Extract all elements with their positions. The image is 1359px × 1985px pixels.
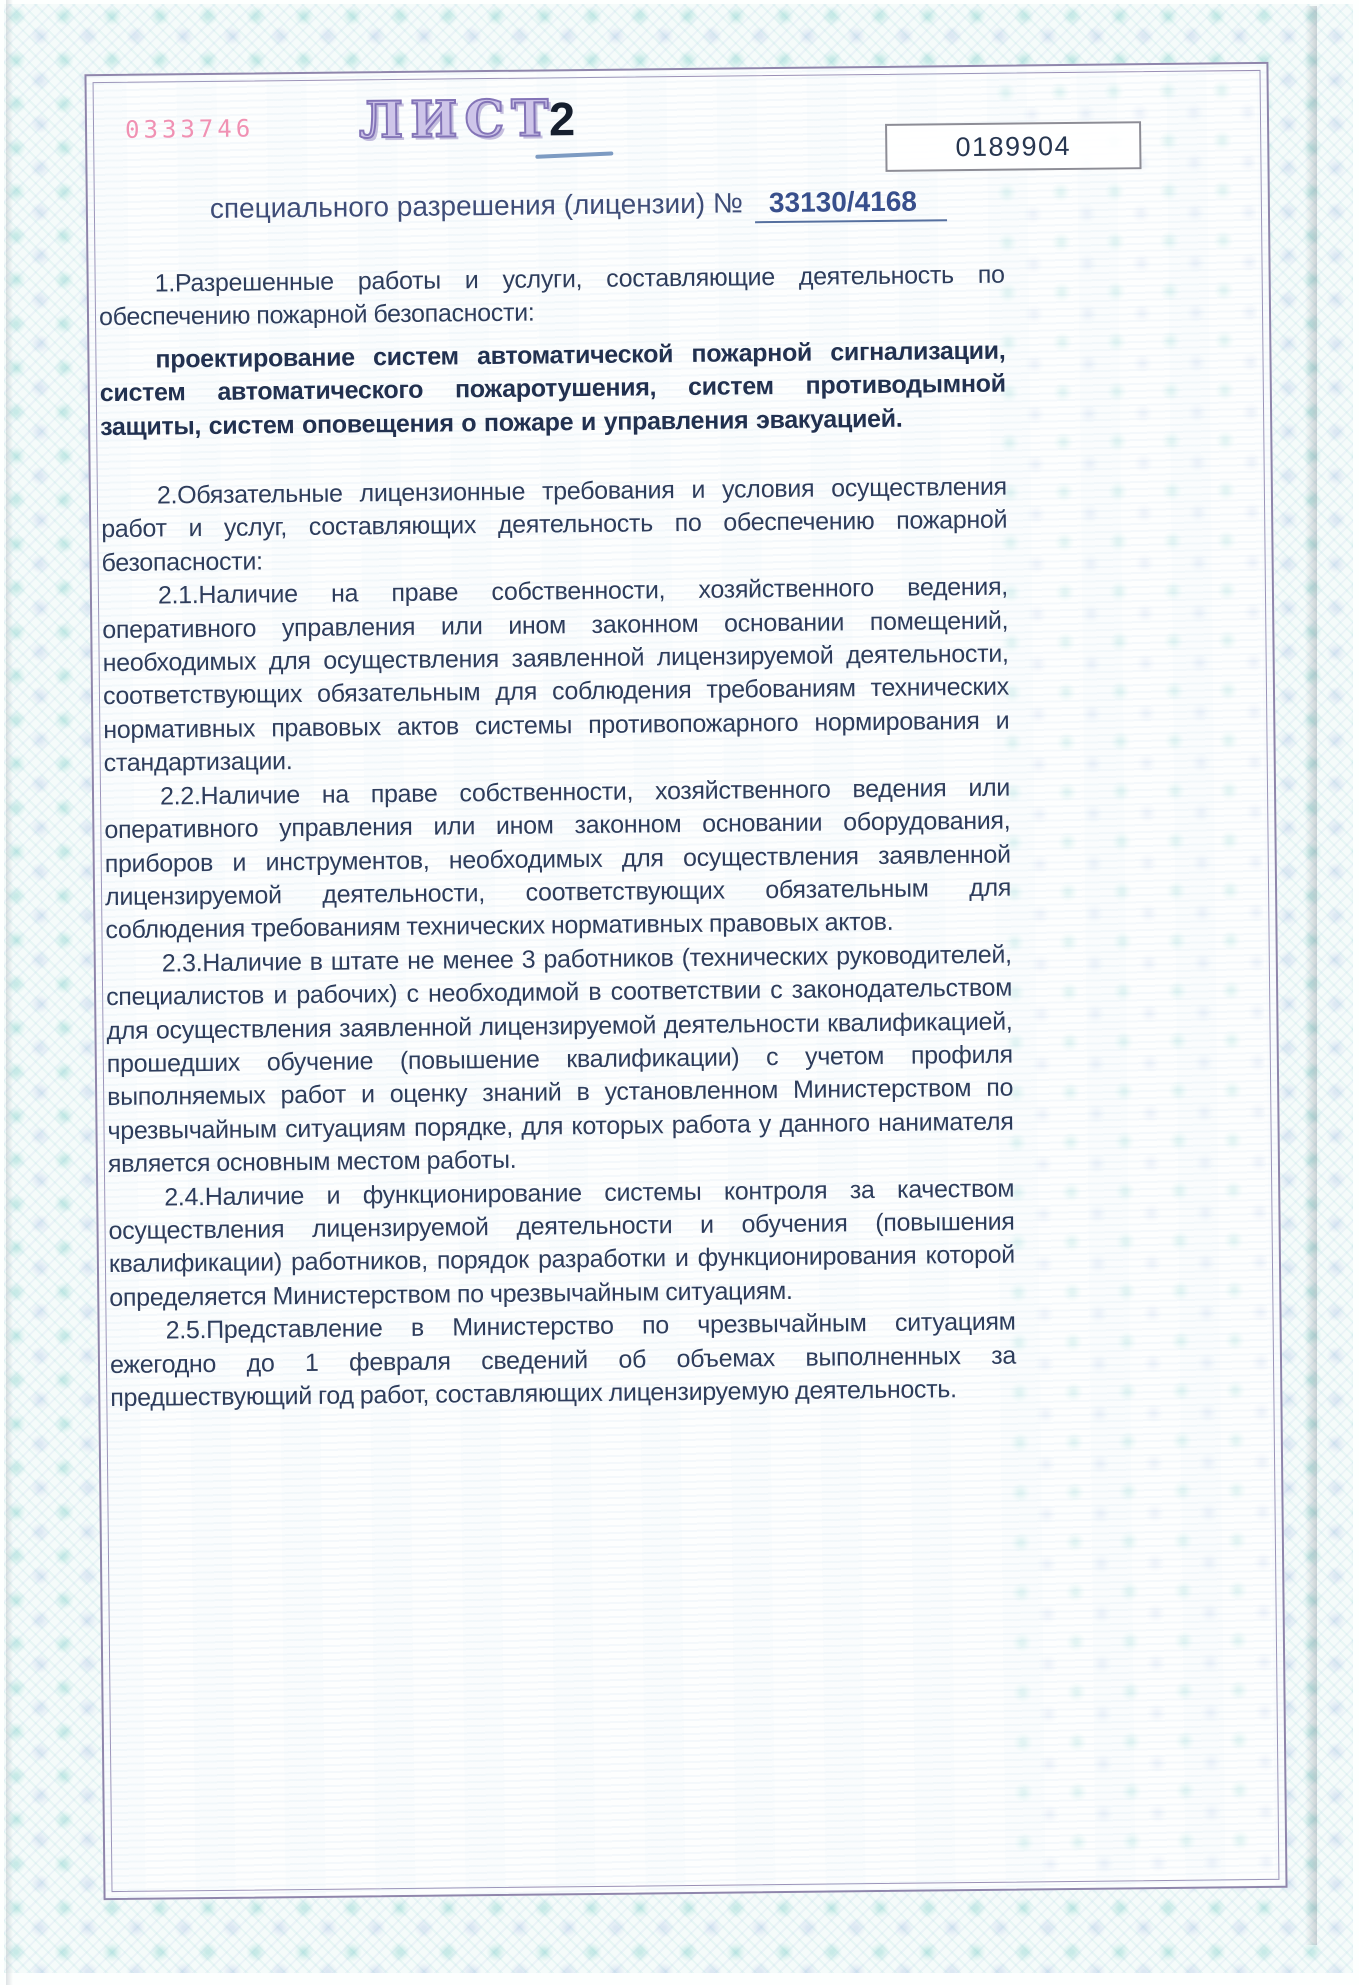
paragraph-2-3-staff: 2.3.Наличие в штате не менее 3 работнико…: [106, 938, 1014, 1181]
paragraph-1-works-list: проектирование систем автоматической пож…: [99, 334, 1006, 444]
paper-edge-shadow-right: [1305, 6, 1317, 1945]
scanned-license-sheet: { "document": { "stamp_number": "0333746…: [0, 0, 1359, 1985]
paragraph-2-1-premises: 2.1.Наличие на праве собственности, хозя…: [102, 571, 1010, 781]
subtitle-prefix: специального разрешения (лицензии) №: [210, 187, 743, 224]
license-page: 0333746 ЛИСТ 2 0189904 специального разр…: [84, 62, 1287, 1900]
page-header: 0333746 ЛИСТ 2 0189904 специального разр…: [96, 67, 1004, 268]
sheet-number-underline: [535, 151, 613, 159]
paragraph-2-license-requirements: 2.Обязательные лицензионные требования и…: [101, 471, 1008, 581]
paragraph-1-permitted-works: 1.Разрешенные работы и услуги, составляю…: [99, 259, 1006, 335]
sheet-title-word: ЛИСТ: [359, 93, 556, 145]
paper-edge-shadow-left: [6, 0, 13, 1985]
stamp-serial-number: 0333746: [125, 114, 254, 143]
document-body: 1.Разрешенные работы и услуги, составляю…: [99, 259, 1017, 1416]
paragraph-2-4-quality-control: 2.4.Наличие и функционирование системы к…: [108, 1172, 1015, 1315]
form-number-box: 0189904: [885, 121, 1141, 172]
paragraph-2-5-annual-report: 2.5.Представление в Министерство по чрез…: [109, 1306, 1016, 1416]
license-number: 33130/4168: [755, 185, 947, 223]
subtitle-line: специального разрешения (лицензии) №3313…: [210, 185, 947, 229]
page-content: 0333746 ЛИСТ 2 0189904 специального разр…: [96, 67, 1016, 1416]
form-number: 0189904: [955, 130, 1071, 162]
paragraph-2-2-equipment: 2.2.Наличие на праве собственности, хозя…: [104, 771, 1012, 948]
right-margin-watermark: [992, 76, 1274, 1877]
sheet-number: 2: [549, 95, 576, 142]
